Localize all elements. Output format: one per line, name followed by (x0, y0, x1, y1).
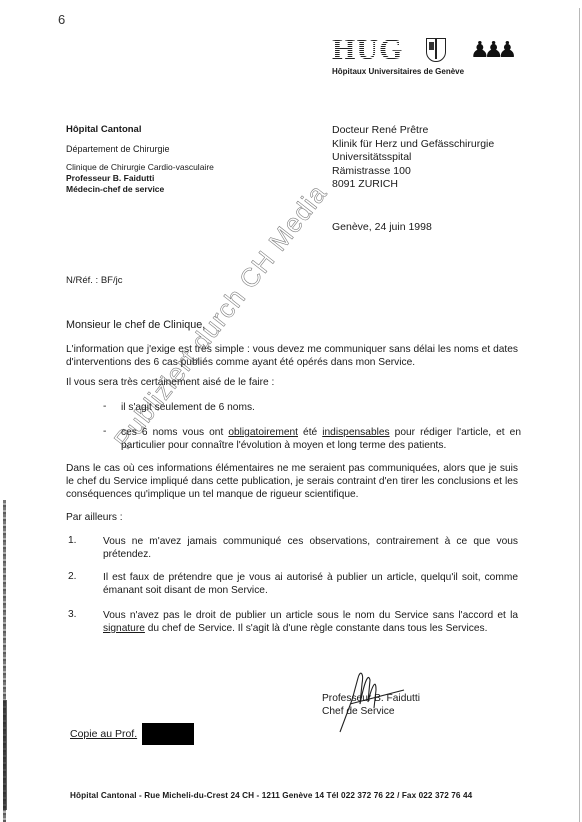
scan-edge-right (579, 8, 580, 822)
logo-subtitle: Hôpitaux Universitaires de Genève (332, 67, 464, 76)
geneva-crest-icon (426, 38, 446, 62)
recipient-line: Rämistrasse 100 (332, 165, 494, 179)
recipient-line: Universitätsspital (332, 151, 494, 165)
bullet-2: ces 6 noms vous ont obligatoirement été … (121, 426, 521, 452)
numbered-item-2: Il est faux de prétendre que je vous ai … (103, 571, 518, 597)
numbered-item-3-text: du chef de Service. Il s'agit là d'une r… (145, 623, 488, 634)
item-number: 2. (68, 571, 77, 582)
bullet-1: il s'agit seulement de 6 noms. (121, 401, 521, 414)
footer-address: Hôpital Cantonal - Rue Micheli-du-Crest … (70, 791, 472, 800)
sender-title: Médecin-chef de service (66, 184, 214, 195)
emphasis-signature: signature (103, 623, 145, 634)
redaction-box (142, 723, 194, 745)
item-number: 3. (68, 609, 77, 620)
salutation: Monsieur le chef de Clinique, (66, 319, 518, 332)
recipient-line: 8091 ZURICH (332, 178, 494, 192)
page-number: 6 (58, 12, 65, 27)
bullet-2-text: été (298, 427, 322, 438)
recipient-line: Klinik für Herz und Gefässchirurgie (332, 138, 494, 152)
copy-to: Copie au Prof. (70, 728, 137, 740)
emphasis-obligatoirement: obligatoirement (228, 427, 298, 438)
item-number: 1. (68, 535, 77, 546)
numbered-item-1: Vous ne m'avez jamais communiqué ces obs… (103, 535, 518, 561)
bullet-dash: - (103, 401, 106, 412)
recipient-address: Docteur René Prêtre Klinik für Herz und … (332, 124, 494, 192)
logo-acronym: HUG (332, 36, 403, 64)
emphasis-indispensables: indispensables (322, 427, 389, 438)
numbered-item-3-text: Vous n'avez pas le droit de publier un a… (103, 610, 518, 621)
signatory-title: Chef de Service (322, 705, 420, 718)
sender-name: Professeur B. Faidutti (66, 173, 214, 184)
numbered-item-3: Vous n'avez pas le droit de publier un a… (103, 609, 518, 635)
signature-block: Professeur B. Faidutti Chef de Service (322, 692, 420, 718)
bullet-dash: - (103, 426, 106, 437)
signatory-name: Professeur B. Faidutti (322, 692, 420, 705)
sender-block: Hôpital Cantonal Département de Chirurgi… (66, 124, 214, 195)
paragraph-2: Il vous sera très certainement aisé de l… (66, 376, 518, 389)
sender-clinic: Clinique de Chirurgie Cardio-vasculaire (66, 162, 214, 173)
people-icon: ♟♟♟ (470, 38, 511, 62)
reference: N/Réf. : BF/jc (66, 275, 122, 286)
bullet-2-text: ces 6 noms vous ont (121, 427, 228, 438)
paragraph-4: Par ailleurs : (66, 511, 518, 524)
sender-department: Département de Chirurgie (66, 144, 214, 155)
letter-date: Genève, 24 juin 1998 (332, 221, 432, 233)
paragraph-3: Dans le cas où ces informations élémenta… (66, 462, 518, 501)
recipient-line: Docteur René Prêtre (332, 124, 494, 138)
sender-hospital: Hôpital Cantonal (66, 124, 214, 135)
paragraph-1: L'information que j'exige est très simpl… (66, 343, 518, 369)
scan-edge-left-dark (3, 700, 7, 810)
